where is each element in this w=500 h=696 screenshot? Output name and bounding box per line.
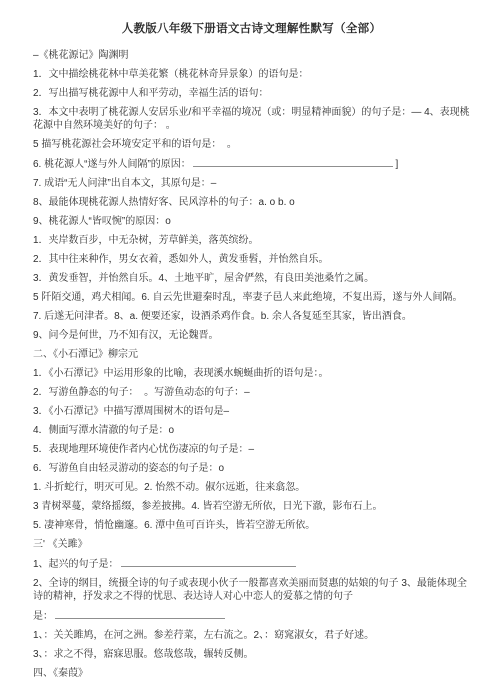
document-line: 2．其中往来种作，男女衣着，悉如外人，黄发垂髫，并怡然自乐。	[33, 253, 470, 266]
document-line: 6．写游鱼自由轻灵游动的姿态的句子是：o	[33, 462, 470, 475]
document-line: 7. 成语“无人问津”出自本文，其原句是：–	[33, 177, 470, 190]
document-line: 三' 《关雎》	[33, 538, 470, 551]
document-line: 5．表现地理环境使作者内心忧伤凄凉的句子是：–	[33, 443, 470, 456]
document-line: 3．黄发垂智，并怡然自乐。4、土地平旷，屋舍俨然，有良田美池桑竹之属。	[33, 272, 470, 285]
document-title: 人教版八年级下册语文古诗文理解性默写（全部）	[33, 20, 470, 36]
document-text: 6. 桃花源人“遂与外人间隔”的原因：	[33, 159, 191, 170]
document-text: 是：	[33, 611, 53, 622]
document-line: 二、《小石潭记》柳宗元	[33, 348, 470, 361]
document-line: 1．《小石潭记》中运用形象的比喻，表现溪水蜿蜒曲折的语句是：。	[33, 367, 470, 380]
document-line: 5. 凄神寒骨，悄怆幽邃。6. 潭中鱼可百许头，皆若空游无所依。	[33, 519, 470, 532]
answer-blank-line	[121, 557, 296, 567]
document-line: 4．侧面写潭水清澈的句子是：o	[33, 424, 470, 437]
document-line: 3．《小石潭记》中描写潭周围树木的语句是–	[33, 405, 470, 418]
document-line: 3．本文中表明了桃花源人安居乐业/和平幸福的境况（或：明显精神面貌）的句子是：—…	[33, 106, 470, 132]
document-line: 1．文中描绘桃花林中草美花繁（桃花林奇异景象）的语句是：	[33, 68, 470, 81]
document-line: 5 阡陌交通，鸡犬相闻。6. 自云先世避秦时乱，率妻子邑人来此绝境，不复出焉，遂…	[33, 291, 470, 304]
answer-blank-line	[193, 157, 393, 167]
document-line: –《桃花源记》陶渊明	[33, 49, 470, 62]
answer-blank-line	[55, 609, 225, 619]
document-line: 6. 桃花源人“遂与外人间隔”的原因： ]	[33, 157, 470, 171]
document-line: 1．夹岸数百步，中无杂树，芳草鲜美，落英缤纷。	[33, 234, 470, 247]
document-line: 1. 斗折蛇行，明灭可见。2. 怡然不动。俶尔远逝，往来翕忽。	[33, 481, 470, 494]
document-line: 9、问今是何世，乃不知有汉，无论魏晋。	[33, 329, 470, 342]
document-line: 2．写游鱼静态的句子： 。写游鱼动态的句子：–	[33, 386, 470, 399]
document-line: 7. 后遂无问津者。8、a. 便要还家，设酒杀鸡作食。b. 余人各复延至其家，皆…	[33, 310, 470, 323]
document-line: 2、全诗的纲目，统摄全诗的句子或表现小伙子一般都喜欢美丽而贤惠的姑娘的句子 3、…	[33, 577, 470, 603]
document-page: 人教版八年级下册语文古诗文理解性默写（全部） –《桃花源记》陶渊明1．文中描绘桃…	[0, 0, 500, 696]
document-line: 8、最能体现桃花源人热情好客、民风淳朴的句子：a. o b. o	[33, 196, 470, 209]
document-body: –《桃花源记》陶渊明1．文中描绘桃花林中草美花繁（桃花林奇异景象）的语句是：2．…	[33, 49, 470, 680]
document-line: 1、：关关雎鸠，在河之洲。参差荇菜，左右流之。2、：窈窕淑女，君子好逑。	[33, 629, 470, 642]
document-text: 1、起兴的句子是：	[33, 559, 119, 570]
document-line: 四、《秦葭》	[33, 667, 470, 680]
document-text: ]	[393, 159, 399, 170]
document-line: 9、桃花源人“皆叹惋”的原因：o	[33, 215, 470, 228]
document-line: 5 描写桃花源社会环境安定平和的语句是： 。	[33, 138, 470, 151]
document-line: 2．写出描写桃花源中人和平劳动，幸福生活的语句：	[33, 87, 470, 100]
document-line: 是：	[33, 609, 470, 623]
document-line: 3、：求之不得，寤寐思服。悠哉悠哉，辗转反侧。	[33, 648, 470, 661]
document-line: 3 青树翠蔓，蒙络摇缀，参差披拂。4. 皆若空游无所依，日光下澈，影布石上。	[33, 500, 470, 513]
document-line: 1、起兴的句子是：	[33, 557, 470, 571]
